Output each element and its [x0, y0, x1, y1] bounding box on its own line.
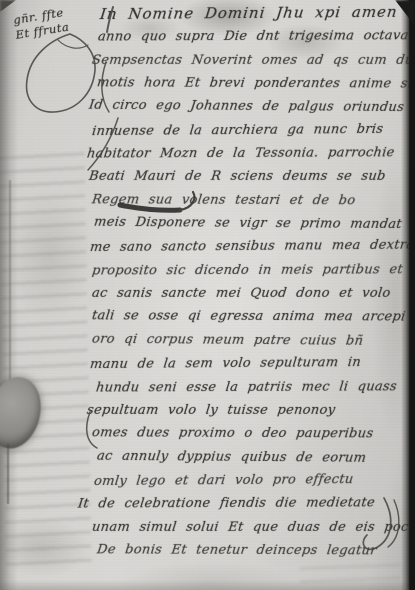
- tall-right-flourish-2: [388, 500, 399, 547]
- margin-note-tail-flourish: [58, 40, 88, 48]
- margin-loop-flourish: [27, 34, 96, 112]
- manuscript-photo: gñr. ffte Et ffruta In Nomine Domini Jhu…: [0, 0, 415, 590]
- initial-S-swash: [102, 62, 109, 112]
- page-left-edge-shadow: [0, 0, 18, 590]
- initial-I-swash: [107, 7, 113, 32]
- manuscript-page: gñr. ffte Et ffruta In Nomine Domini Jhu…: [0, 0, 409, 590]
- ink-blot-tail: [180, 192, 194, 210]
- page-bottom-edge-shadow: [0, 580, 415, 590]
- initial-J-descender: [88, 118, 118, 170]
- page-right-edge-shadow: [401, 0, 415, 590]
- tall-right-flourish: [363, 498, 390, 549]
- heavy-ink-blot: [120, 205, 180, 210]
- ink-flourish-graphic: [0, 0, 409, 590]
- thread-line: [7, 444, 9, 504]
- sepultura-ascender-swash: [87, 412, 97, 448]
